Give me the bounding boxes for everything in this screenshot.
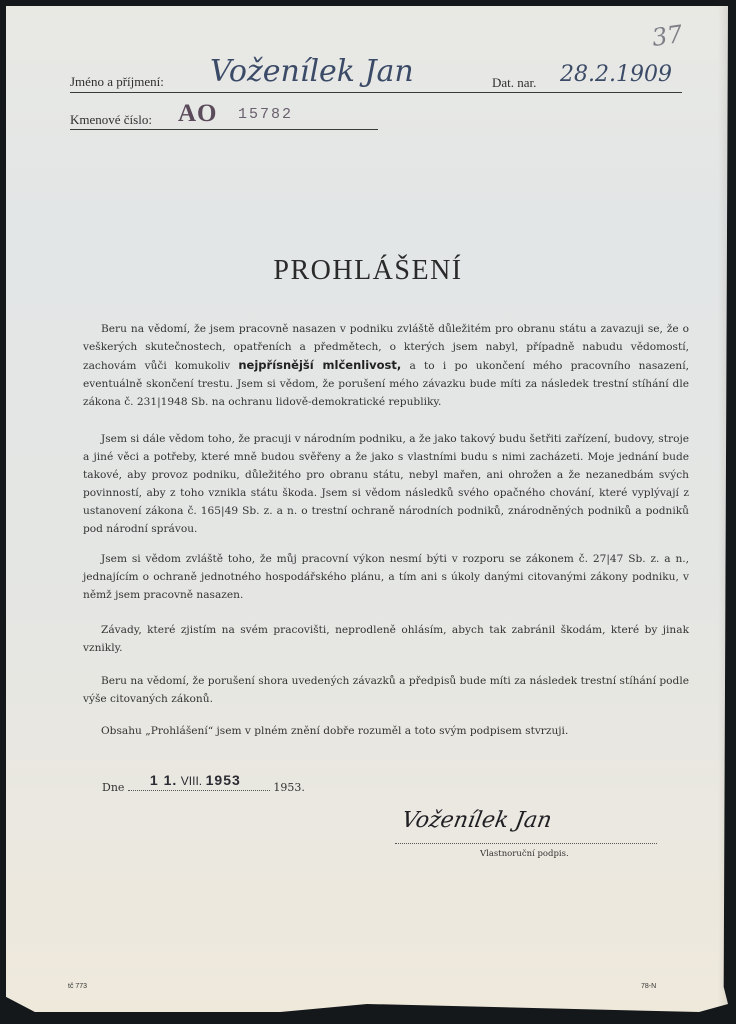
date-label: Dne	[102, 781, 124, 794]
name-value: Voženílek Jan	[210, 54, 414, 89]
form-code-right: 78-N	[641, 983, 656, 990]
paragraph-2-text: Jsem si dále vědom toho, že pracuji v ná…	[83, 430, 689, 538]
paragraph-6-text: Obsahu „Prohlášení“ jsem v plném znění d…	[83, 722, 689, 740]
birth-date-value: 28.2.1909	[560, 62, 672, 87]
form-code-left: tč 773	[68, 983, 87, 990]
signature-line	[395, 843, 657, 844]
paragraph-5: Beru na vědomí, že porušení shora uveden…	[83, 672, 689, 708]
paragraph-1: Beru na vědomí, že jsem pracovně nasazen…	[83, 320, 689, 411]
date-line: Dne 1 1. VIII. 1953 1953.	[102, 778, 305, 794]
paragraph-3-text: Jsem si vědom zvláště toho, že můj praco…	[83, 550, 689, 604]
name-label: Jméno a příjmení:	[70, 74, 164, 90]
signature-label: Vlastnoruční podpis.	[480, 849, 569, 859]
handwritten-signature: Voženílek Jan	[400, 808, 554, 833]
registration-number-stamp: 15782	[238, 106, 293, 123]
page-number-annotation: 37	[650, 20, 684, 52]
name-underline	[70, 92, 682, 93]
paragraph-2: Jsem si dále vědom toho, že pracuji v ná…	[83, 430, 689, 538]
paragraph-4-text: Závady, které zjistím na svém pracovišti…	[83, 621, 689, 657]
birth-date-label: Dat. nar.	[492, 75, 536, 91]
registration-prefix-stamp: AO	[178, 100, 218, 128]
date-stamp-year: 1953	[206, 772, 241, 788]
document-title: PROHLÁŠENÍ	[0, 255, 736, 287]
paragraph-6: Obsahu „Prohlášení“ jsem v plném znění d…	[83, 722, 689, 740]
registration-underline	[70, 129, 378, 130]
paragraph-5-text: Beru na vědomí, že porušení shora uveden…	[83, 672, 689, 708]
registration-label: Kmenové číslo:	[70, 112, 152, 128]
date-stamp-month: VIII.	[181, 774, 202, 788]
paragraph-3: Jsem si vědom zvláště toho, že můj praco…	[83, 550, 689, 604]
date-dotted-line: 1 1. VIII. 1953	[128, 778, 270, 791]
date-stamp-day: 1 1.	[150, 772, 177, 788]
paragraph-4: Závady, které zjistím na svém pracovišti…	[83, 621, 689, 657]
date-printed-year: 1953.	[273, 781, 305, 794]
confidentiality-phrase: nejpřísnější mlčenlivost,	[238, 358, 401, 372]
